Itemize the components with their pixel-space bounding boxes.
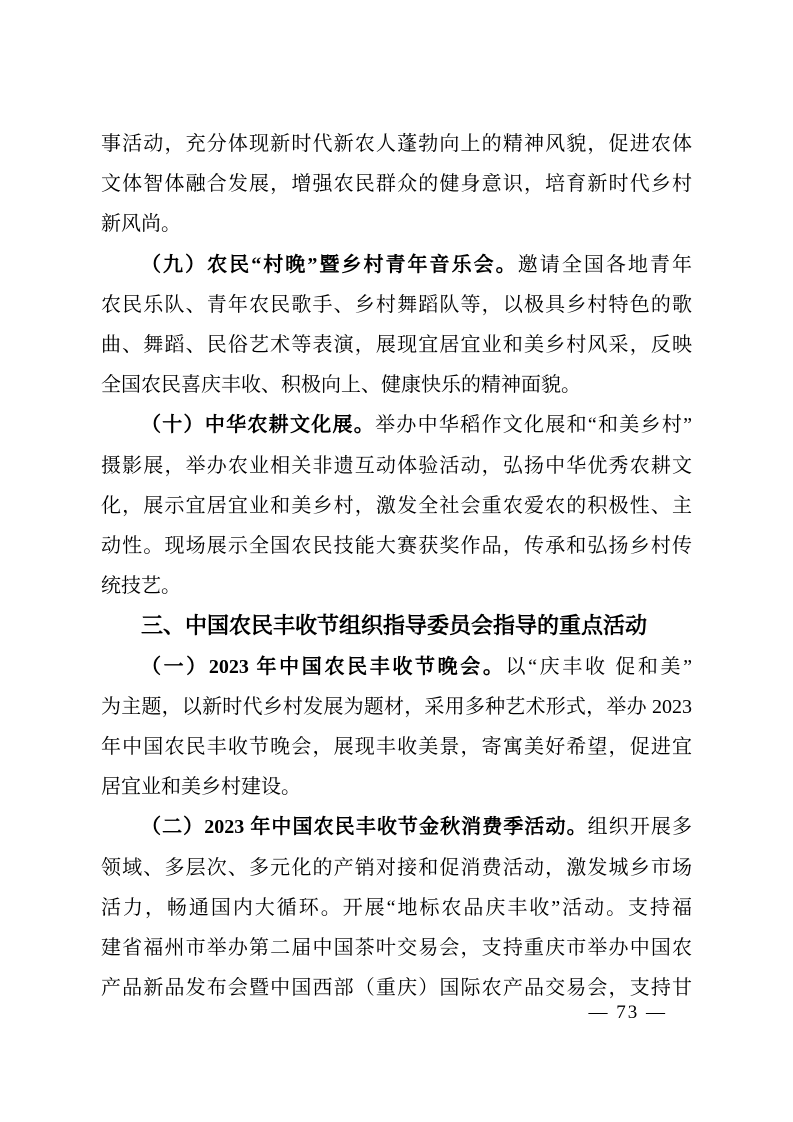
text-line: 化，展示宜居宜业和美乡村，激发全社会重农爱农的积极性、主 xyxy=(101,486,692,526)
text-line: （十）中华农耕文化展。举办中华稻作文化展和“和美乡村” xyxy=(101,405,692,445)
paragraph-lead: （十）中华农耕文化展。 xyxy=(141,414,375,436)
text-line: 年中国农民丰收节晚会，展现丰收美景，寄寓美好希望，促进宜 xyxy=(101,727,692,767)
paragraph-lead: （九）农民“村晚”暨乡村青年音乐会。 xyxy=(141,254,518,276)
text-line: 农民乐队、青年农民歌手、乡村舞蹈队等，以极具乡村特色的歌 xyxy=(101,285,692,325)
body-text: 产品新品发布会暨中国西部（重庆）国际农产品交易会，支持甘 xyxy=(101,977,692,999)
text-line: 曲、舞蹈、民俗艺术等表演，展现宜居宜业和美乡村风采，反映 xyxy=(101,325,692,365)
text-line: 新风尚。 xyxy=(101,204,692,244)
text-line: 居宜业和美乡村建设。 xyxy=(101,767,692,807)
body-text: 新风尚。 xyxy=(101,213,181,235)
body-text: 为主题，以新时代乡村发展为题材，采用多种艺术形式，举办 2023 xyxy=(101,696,692,718)
text-line: 领域、多层次、多元化的产销对接和促消费活动，激发城乡市场 xyxy=(101,848,692,888)
text-line: 事活动，充分体现新时代新农人蓬勃向上的精神风貌，促进农体 xyxy=(101,124,692,164)
body-text: 统技艺。 xyxy=(101,575,181,597)
body-text: 文体智体融合发展，增强农民群众的健身意识，培育新时代乡村 xyxy=(101,173,692,195)
paragraph-lead: （二）2023 年中国农民丰收节金秋消费季活动。 xyxy=(141,816,588,838)
body-text: 领域、多层次、多元化的产销对接和促消费活动，激发城乡市场 xyxy=(101,857,692,879)
text-line: 文体智体融合发展，增强农民群众的健身意识，培育新时代乡村 xyxy=(101,164,692,204)
text-line: 统技艺。 xyxy=(101,566,692,606)
document-page: 事活动，充分体现新时代新农人蓬勃向上的精神风貌，促进农体 文体智体融合发展，增强… xyxy=(0,0,793,1122)
body-text: 邀请全国各地青年 xyxy=(518,254,692,276)
body-text: 年中国农民丰收节晚会，展现丰收美景，寄寓美好希望，促进宜 xyxy=(101,736,692,758)
body-text: 全国农民喜庆丰收、积极向上、健康快乐的精神面貌。 xyxy=(101,374,581,396)
text-line: （二）2023 年中国农民丰收节金秋消费季活动。组织开展多 xyxy=(101,807,692,847)
text-line: （九）农民“村晚”暨乡村青年音乐会。邀请全国各地青年 xyxy=(101,245,692,285)
text-line: 为主题，以新时代乡村发展为题材，采用多种艺术形式，举办 2023 xyxy=(101,687,692,727)
text-line: （一）2023 年中国农民丰收节晚会。以“庆丰收 促和美” xyxy=(101,647,692,687)
text-line: 全国农民喜庆丰收、积极向上、健康快乐的精神面貌。 xyxy=(101,365,692,405)
text-line: 活力，畅通国内大循环。开展“地标农品庆丰收”活动。支持福 xyxy=(101,888,692,928)
text-block: 事活动，充分体现新时代新农人蓬勃向上的精神风貌，促进农体 文体智体融合发展，增强… xyxy=(101,124,692,1008)
body-text: 以“庆丰收 促和美” xyxy=(506,656,692,678)
body-text: 曲、舞蹈、民俗艺术等表演，展现宜居宜业和美乡村风采，反映 xyxy=(101,334,692,356)
body-text: 建省福州市举办第二届中国茶叶交易会，支持重庆市举办中国农 xyxy=(101,937,692,959)
body-text: 居宜业和美乡村建设。 xyxy=(101,776,301,798)
body-text: 农民乐队、青年农民歌手、乡村舞蹈队等，以极具乡村特色的歌 xyxy=(101,294,692,316)
section-heading: 三、中国农民丰收节组织指导委员会指导的重点活动 xyxy=(101,606,692,646)
paragraph-lead: （一）2023 年中国农民丰收节晚会。 xyxy=(141,656,506,678)
body-text: 举办中华稻作文化展和“和美乡村” xyxy=(375,414,692,436)
body-text: 组织开展多 xyxy=(588,816,692,838)
body-text: 摄影展，举办农业相关非遗互动体验活动，弘扬中华优秀农耕文 xyxy=(101,455,692,477)
body-text: 化，展示宜居宜业和美乡村，激发全社会重农爱农的积极性、主 xyxy=(101,495,692,517)
body-text: 事活动，充分体现新时代新农人蓬勃向上的精神风貌，促进农体 xyxy=(101,133,692,155)
text-line: 摄影展，举办农业相关非遗互动体验活动，弘扬中华优秀农耕文 xyxy=(101,446,692,486)
body-text: 活力，畅通国内大循环。开展“地标农品庆丰收”活动。支持福 xyxy=(101,897,692,919)
text-line: 动性。现场展示全国农民技能大赛获奖作品，传承和弘扬乡村传 xyxy=(101,526,692,566)
body-text: 动性。现场展示全国农民技能大赛获奖作品，传承和弘扬乡村传 xyxy=(101,535,692,557)
text-line: 建省福州市举办第二届中国茶叶交易会，支持重庆市举办中国农 xyxy=(101,928,692,968)
page-number: — 73 — xyxy=(589,1000,668,1026)
